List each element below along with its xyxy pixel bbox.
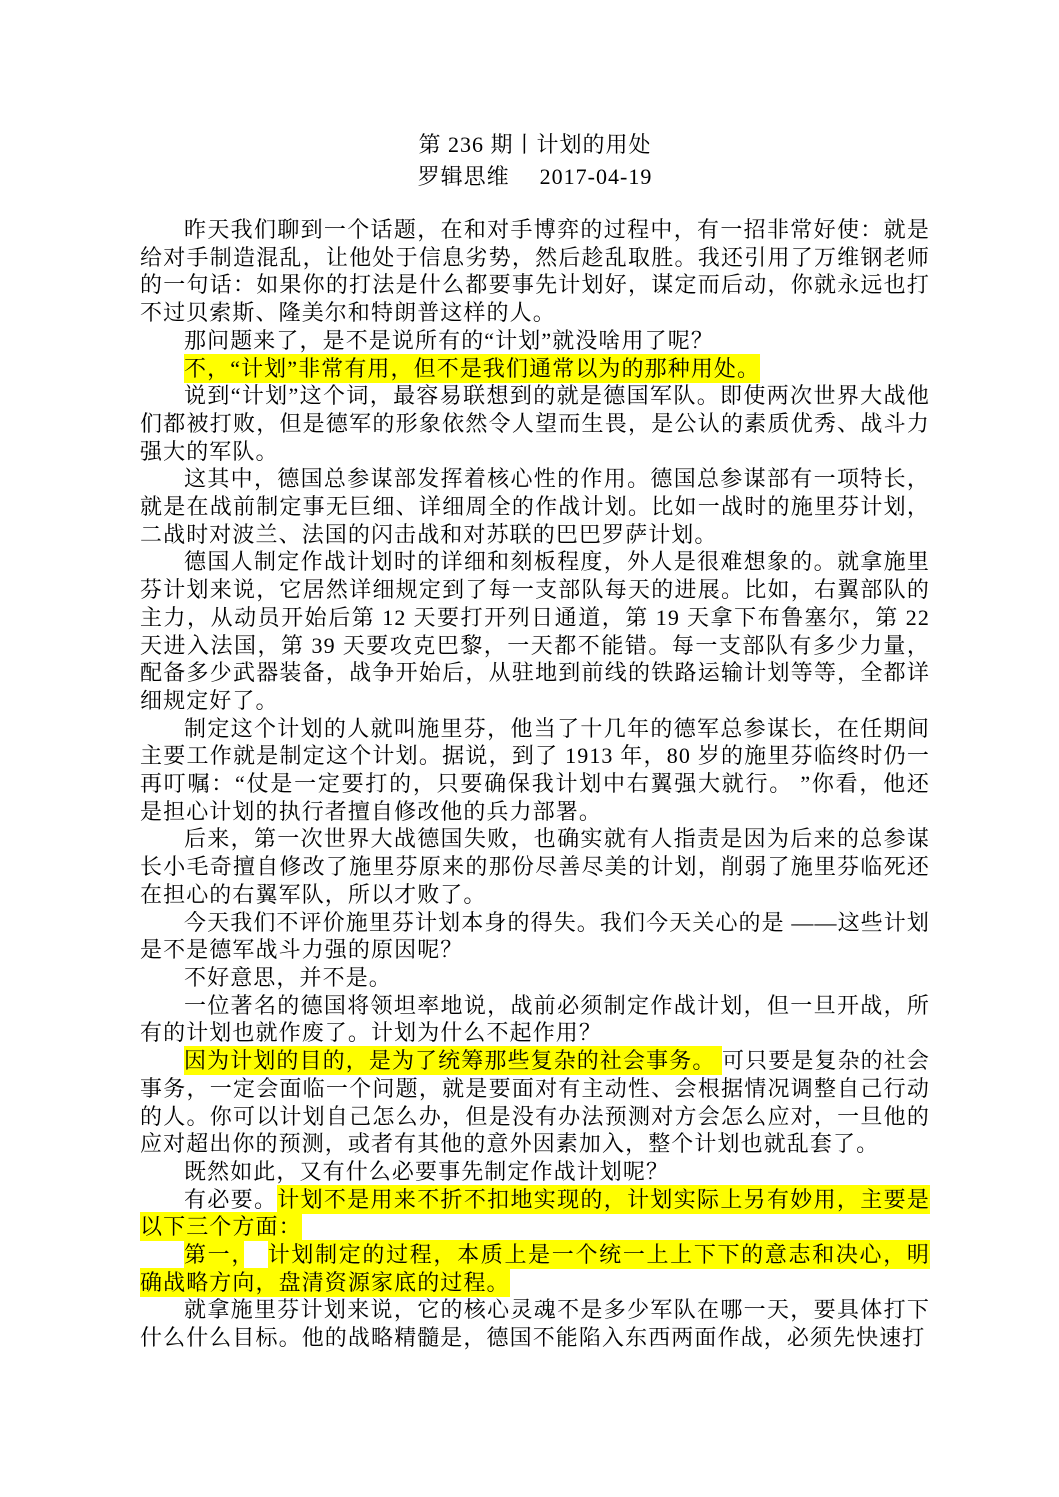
paragraph: 说到“计划”这个词，最容易联想到的就是德国军队。即使两次世界大战他们都被打败，但… bbox=[140, 382, 930, 465]
paragraph: 既然如此，又有什么必要事先制定作战计划呢？ bbox=[140, 1158, 930, 1186]
text-run: 不好意思，并不是。 bbox=[184, 965, 392, 990]
document-date: 2017-04-19 bbox=[540, 162, 653, 191]
document-byline: 罗辑思维 bbox=[418, 162, 510, 191]
text-run: 今天我们不评价施里芬计划本身的得失。我们今天关心的是 ——这些计划是不是德军战斗… bbox=[140, 910, 930, 963]
document-page: 第 236 期丨计划的用处 罗辑思维 2017-04-19 昨天我们聊到一个话题… bbox=[0, 0, 1059, 1497]
paragraph: 昨天我们聊到一个话题，在和对手博弈的过程中，有一招非常好使：就是给对手制造混乱，… bbox=[140, 216, 930, 327]
text-run: 制定这个计划的人就叫施里芬，他当了十几年的德军总参谋长，在任期间主要工作就是制定… bbox=[140, 716, 930, 824]
paragraph: 第一， 计划制定的过程，本质上是一个统一上上下下的意志和决心，明确战略方向，盘清… bbox=[140, 1241, 930, 1296]
highlighted-text-run: 因为计划的目的，是为了统筹那些复杂的社会事务。 bbox=[184, 1046, 722, 1075]
text-run: 说到“计划”这个词，最容易联想到的就是德国军队。即使两次世界大战他们都被打败，但… bbox=[140, 383, 930, 463]
paragraph: 那问题来了，是不是说所有的“计划”就没啥用了呢？ bbox=[140, 327, 930, 355]
paragraph: 后来，第一次世界大战德国失败，也确实就有人指责是因为后来的总参谋长小毛奇擅自修改… bbox=[140, 825, 930, 908]
paragraph: 制定这个计划的人就叫施里芬，他当了十几年的德军总参谋长，在任期间主要工作就是制定… bbox=[140, 715, 930, 826]
text-run: 这其中，德国总参谋部发挥着核心性的作用。德国总参谋部有一项特长，就是在战前制定事… bbox=[140, 466, 930, 546]
paragraph: 德国人制定作战计划时的详细和刻板程度，外人是很难想象的。就拿施里芬计划来说，它居… bbox=[140, 548, 930, 714]
highlighted-text-run: 不，“计划”非常有用，但不是我们通常以为的那种用处。 bbox=[184, 354, 760, 383]
text-run: 那问题来了，是不是说所有的“计划”就没啥用了呢？ bbox=[184, 328, 714, 353]
paragraph: 这其中，德国总参谋部发挥着核心性的作用。德国总参谋部有一项特长，就是在战前制定事… bbox=[140, 465, 930, 548]
document-body: 昨天我们聊到一个话题，在和对手博弈的过程中，有一招非常好使：就是给对手制造混乱，… bbox=[140, 216, 930, 1352]
text-run: 昨天我们聊到一个话题，在和对手博弈的过程中，有一招非常好使：就是给对手制造混乱，… bbox=[140, 217, 930, 325]
text-run: 既然如此，又有什么必要事先制定作战计划呢？ bbox=[184, 1159, 669, 1184]
text-run: 就拿施里芬计划来说，它的核心灵魂不是多少军队在哪一天，要具体打下什么什么目标。他… bbox=[140, 1297, 930, 1350]
document-title: 第 236 期丨计划的用处 bbox=[140, 130, 930, 159]
paragraph: 不好意思，并不是。 bbox=[140, 964, 930, 992]
text-run: 一位著名的德国将领坦率地说，战前必须制定作战计划，但一旦开战，所有的计划也就作废… bbox=[140, 993, 930, 1046]
paragraph: 今天我们不评价施里芬计划本身的得失。我们今天关心的是 ——这些计划是不是德军战斗… bbox=[140, 909, 930, 964]
text-run: 后来，第一次世界大战德国失败，也确实就有人指责是因为后来的总参谋长小毛奇擅自修改… bbox=[140, 826, 930, 906]
text-run: 德国人制定作战计划时的详细和刻板程度，外人是很难想象的。就拿施里芬计划来说，它居… bbox=[140, 549, 930, 713]
highlighted-text-run: 第一， bbox=[184, 1240, 244, 1269]
paragraph: 不，“计划”非常有用，但不是我们通常以为的那种用处。 bbox=[140, 355, 930, 383]
text-run: 有必要。 bbox=[184, 1187, 277, 1212]
paragraph: 因为计划的目的，是为了统筹那些复杂的社会事务。 可只要是复杂的社会事务，一定会面… bbox=[140, 1047, 930, 1158]
paragraph: 就拿施里芬计划来说，它的核心灵魂不是多少军队在哪一天，要具体打下什么什么目标。他… bbox=[140, 1296, 930, 1351]
paragraph: 有必要。计划不是用来不折不扣地实现的，计划实际上另有妙用，主要是以下三个方面： bbox=[140, 1186, 930, 1241]
text-run bbox=[244, 1242, 268, 1267]
paragraph: 一位著名的德国将领坦率地说，战前必须制定作战计划，但一旦开战，所有的计划也就作废… bbox=[140, 992, 930, 1047]
byline-row: 罗辑思维 2017-04-19 bbox=[140, 162, 930, 191]
